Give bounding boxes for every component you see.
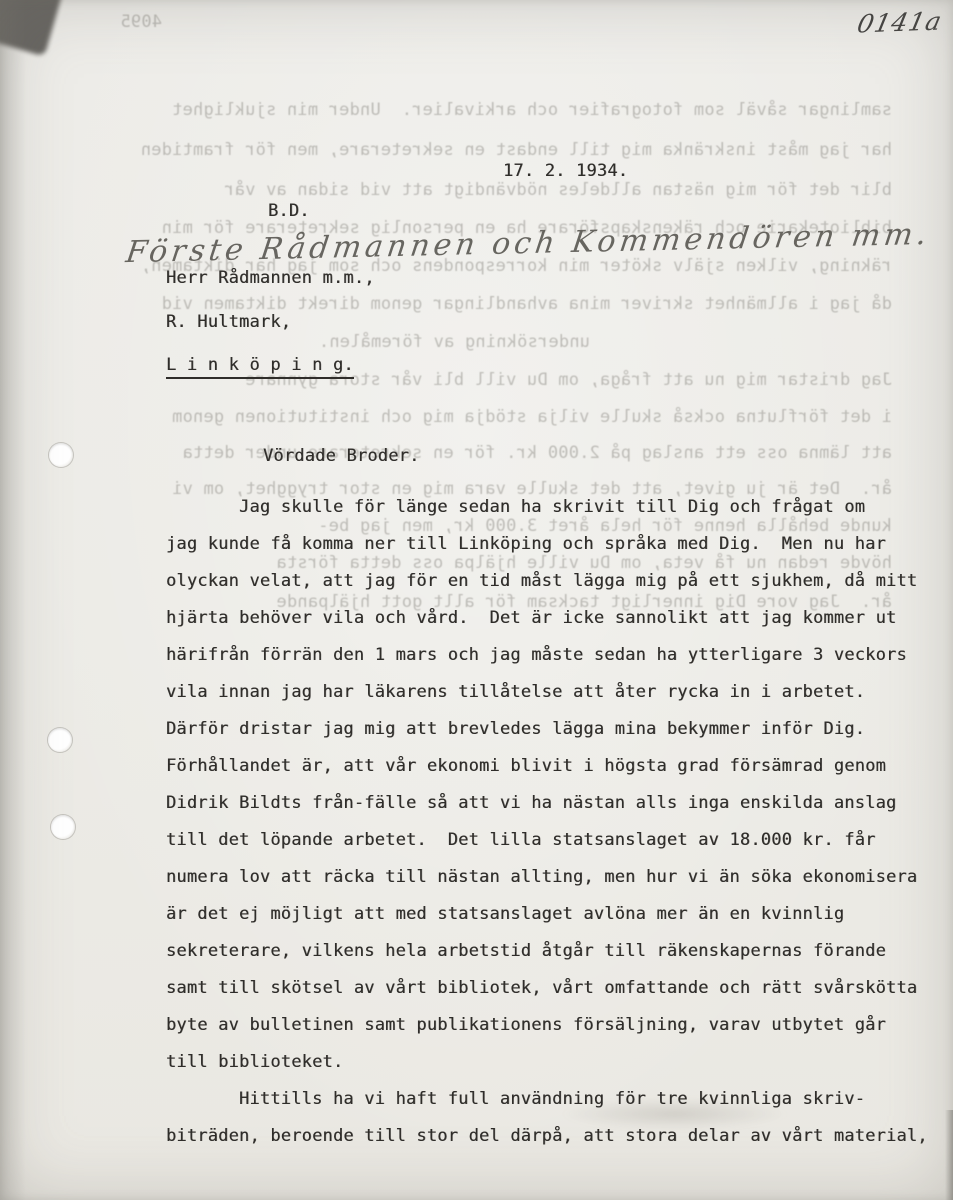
text-line: byte av bulletinen samt publikationens f… <box>166 1007 928 1044</box>
recipient-city-underlined: L i n k ö p i n g. <box>166 355 354 379</box>
recipient-title-line: Herr Rådmannen m.m., <box>166 268 375 288</box>
bleedthrough-line: undersökning av föremålen. <box>70 332 590 352</box>
text-line: numera lov att räcka till nästan allting… <box>166 859 928 896</box>
bleedthrough-line: samlingar såväl som fotografier och arki… <box>70 100 892 120</box>
scan-right-edge-shadow <box>945 1110 953 1200</box>
text-line: Därför dristar jag mig att brevledes läg… <box>166 711 928 748</box>
scan-corner-shadow <box>0 0 64 56</box>
punch-hole <box>49 443 73 467</box>
text-line: samt till skötsel av vårt bibliotek, vår… <box>166 970 928 1007</box>
letter-body: Jag skulle för länge sedan ha skrivit ti… <box>166 489 928 1155</box>
recipient-name-line: R. Hultmark, <box>166 312 291 332</box>
paragraph-2: Hittills ha vi haft full användning för … <box>166 1081 928 1155</box>
text-line: sekreterare, vilkens hela arbetstid åtgå… <box>166 933 928 970</box>
scanned-letter-page: 4095samlingar såväl som fotografier och … <box>0 0 953 1200</box>
text-line: är det ej möjligt att med statsanslaget … <box>166 896 928 933</box>
bleedthrough-line: då jag i allmänhet skriver mina avhandli… <box>70 294 892 314</box>
punch-hole <box>48 728 72 752</box>
text-line: Didrik Bildts från-fälle så att vi ha nä… <box>166 785 928 822</box>
bleedthrough-line: att lämna oss ett anslag på 2.000 kr. fö… <box>70 443 892 463</box>
handwritten-annotation: Förste Rådmannen och Kommendören mm. <box>124 217 933 270</box>
text-line: olyckan velat, att jag för en tid måst l… <box>166 563 928 600</box>
text-line: Jag skulle för länge sedan ha skrivit ti… <box>166 489 928 526</box>
text-line: härifrån förrän den 1 mars och jag måste… <box>166 637 928 674</box>
text-line: biträden, beroende till stor del därpå, … <box>166 1118 928 1155</box>
bleedthrough-line: 4095 <box>92 12 162 32</box>
text-line: Hittills ha vi haft full användning för … <box>166 1081 928 1118</box>
bleedthrough-line: har jag måst inskränka mig till endast e… <box>70 140 892 160</box>
bleedthrough-line: blir det för mig nästan alldeles nödvänd… <box>70 180 892 200</box>
text-line: Förhållandet är, att vår ekonomi blivit … <box>166 748 928 785</box>
letter-date: 17. 2. 1934. <box>503 161 628 181</box>
text-line: till biblioteket. <box>166 1044 928 1081</box>
paragraph-1: Jag skulle för länge sedan ha skrivit ti… <box>166 489 928 1081</box>
archive-number-handwritten: 0141a <box>855 7 945 39</box>
reference-initials: B.D. <box>268 201 310 221</box>
scan-left-edge-shadow <box>0 0 26 1200</box>
bleedthrough-line: i det förflutna också skulle vilja stödj… <box>70 407 892 427</box>
text-line: jag kunde få komma ner till Linköping oc… <box>166 526 928 563</box>
text-line: till det löpande arbetet. Det lilla stat… <box>166 822 928 859</box>
punch-hole <box>51 815 75 839</box>
salutation: Vördade Broder. <box>263 446 420 466</box>
text-line: hjärta behöver vila och vård. Det är ick… <box>166 600 928 637</box>
text-line: vila innan jag har läkarens tillåtelse a… <box>166 674 928 711</box>
